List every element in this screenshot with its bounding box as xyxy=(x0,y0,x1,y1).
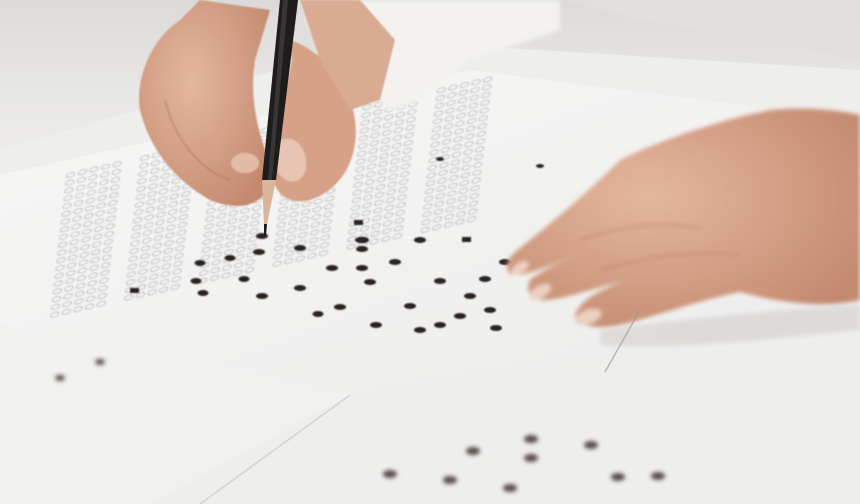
scene-illustration xyxy=(0,0,860,504)
photo-scene xyxy=(0,0,860,504)
